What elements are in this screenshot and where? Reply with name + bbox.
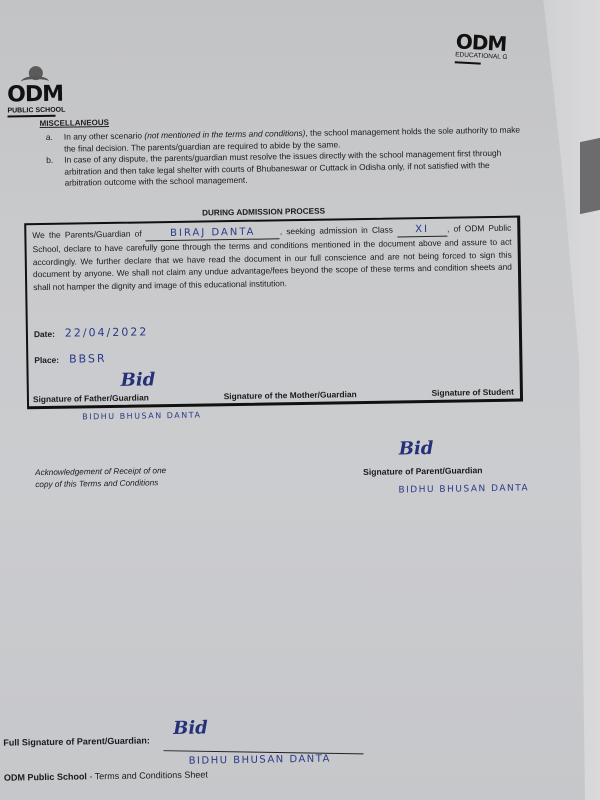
document-content: ODM PUBLIC SCHOOL ODM EDUCATIONAL G MISC… [0, 0, 600, 800]
logo-subtitle: PUBLIC SCHOOL [7, 106, 55, 118]
place-label: Place: [34, 355, 59, 365]
section-title-miscellaneous: MISCELLANEOUS [40, 118, 109, 128]
item-label: a. [46, 132, 64, 155]
logo-figure-icon [29, 66, 43, 80]
date-value: 22/04/2022 [65, 325, 149, 339]
school-logo: ODM PUBLIC SCHOOL [7, 66, 56, 118]
logo-underline [455, 61, 481, 64]
full-signature: Bid [173, 717, 208, 739]
parent-printed-name: BIDHU BHUSAN DANTA [398, 483, 529, 495]
date-label: Date: [34, 329, 55, 339]
parent-signature: Bid [399, 438, 434, 460]
declaration-text: We the Parents/Guardian of BIRAJ DANTA, … [32, 222, 512, 294]
student-name-field: BIRAJ DANTA [170, 227, 256, 239]
full-printed-name: BIDHU BHUSAN DANTA [189, 754, 331, 767]
mother-signature-label: Signature of the Mother/Guardian [224, 389, 357, 401]
list-item: b. In case of any dispute, the parents/g… [46, 147, 526, 189]
admission-section-title: DURING ADMISSION PROCESS [202, 207, 325, 218]
father-signature-label: Signature of Father/Guardian [33, 392, 149, 404]
student-signature-label: Signature of Student [431, 387, 514, 398]
group-logo: ODM EDUCATIONAL G [455, 31, 522, 66]
place-row: Place:BBSR [34, 352, 106, 366]
logo-mark: ODM [7, 84, 55, 107]
full-signature-label: Full Signature of Parent/Guardian: [3, 735, 150, 747]
item-label: b. [46, 155, 65, 190]
miscellaneous-list: a. In any other scenario (not mentioned … [46, 124, 527, 189]
class-field: XI [415, 224, 429, 235]
acknowledgement-text: Acknowledgement of Receipt of one copy o… [35, 465, 166, 490]
parent-signature-label: Signature of Parent/Guardian [363, 465, 483, 477]
declaration-box: We the Parents/Guardian of BIRAJ DANTA, … [24, 216, 523, 410]
item-text: In case of any dispute, the parents/guar… [64, 147, 526, 189]
signature-labels-row: Signature of Father/Guardian Signature o… [33, 387, 514, 405]
place-value: BBSR [69, 352, 107, 366]
father-signature: Bid [121, 369, 156, 391]
page-footer: ODM Public School - Terms and Conditions… [4, 769, 208, 782]
father-printed-name: BIDHU BHUSAN DANTA [82, 411, 201, 422]
date-row: Date:22/04/2022 [34, 325, 149, 340]
